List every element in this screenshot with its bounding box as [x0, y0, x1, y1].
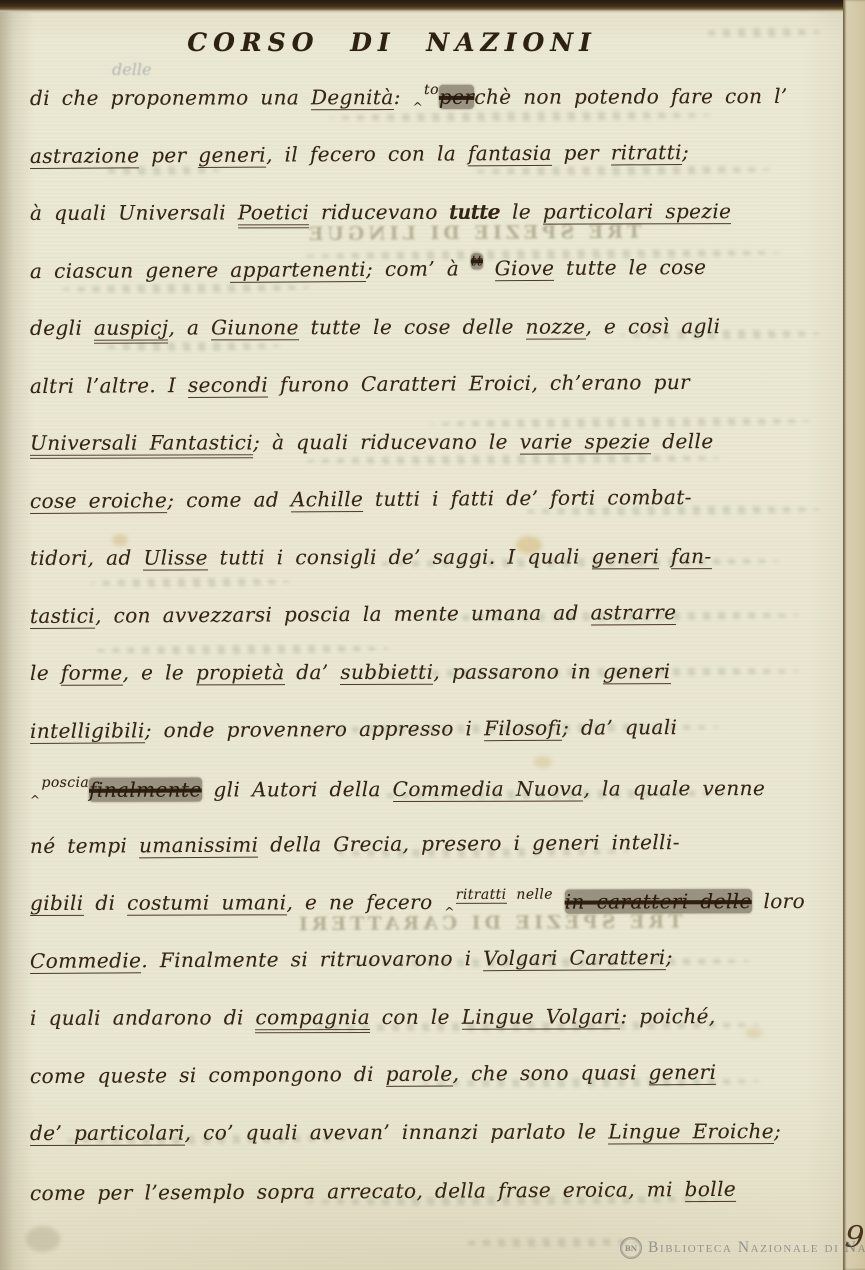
handwritten-text: astrarre [591, 600, 677, 626]
manuscript-line: à quali Universali Poetici riducevano tu… [30, 198, 731, 226]
handwritten-text [659, 544, 671, 568]
handwritten-text: tutti i consigli de’ saggi. I quali [208, 544, 592, 569]
handwritten-text: ; [774, 1119, 781, 1143]
handwritten-text: generi [603, 659, 671, 684]
handwritten-text: Degnità [311, 85, 394, 110]
page-edge-right [843, 0, 865, 1270]
manuscript-line: de’ particolari, co’ quali avevan’ innan… [30, 1118, 781, 1146]
handwritten-text: , passarono in [433, 659, 602, 683]
manuscript-line: a ciascun genere appartenenti; com’ à tt… [30, 254, 707, 287]
handwritten-text: ; [682, 140, 689, 164]
handwritten-text: , e così agli [585, 314, 720, 338]
handwritten-text: ; com’ à [366, 256, 471, 281]
handwritten-text: con le [370, 1005, 462, 1029]
handwritten-text: , co’ quali avevan’ innanzi parlato le [185, 1119, 609, 1144]
handwritten-text: : poiché, [620, 1004, 715, 1028]
handwritten-text: Lingue Volgari [462, 1004, 621, 1029]
manuscript-line: gibili di costumi umani, e ne fecero ^ri… [30, 888, 805, 919]
library-logo-icon: BN [620, 1237, 642, 1259]
handwritten-text: tutte le cose delle [299, 315, 526, 340]
library-watermark-label: Biblioteca Nazionale di Napoli [648, 1239, 865, 1257]
crossed-out-word: tt [471, 253, 483, 269]
handwritten-text: tutti i fatti de’ forti combat- [363, 485, 692, 511]
handwritten-text: tidori, ad [30, 546, 143, 570]
manuscript-line: degli auspicj, a Giunone tutte le cose d… [30, 313, 720, 341]
manuscript-line: Commedie. Finalmente si ritruovarono i V… [30, 944, 673, 974]
manuscript-line: né tempi umanissimi della Grecia, preser… [30, 829, 680, 859]
handwritten-text: , la quale venne [583, 776, 765, 800]
handwritten-text: generi [591, 544, 659, 569]
handwritten-text: Achille [291, 487, 364, 512]
handwritten-text: per [552, 140, 611, 164]
crossed-out-word: in caratteri delle [565, 889, 752, 913]
handwritten-text: tutte le cose [554, 255, 706, 280]
library-watermark: BN Biblioteca Nazionale di Napoli [620, 1237, 865, 1259]
insertion-caret: ^ [444, 905, 455, 919]
manuscript-line: tidori, ad Ulisse tutti i consigli de’ s… [30, 543, 712, 571]
handwritten-text: ; da’ quali [562, 715, 677, 740]
manuscript-line: di che proponemmo una Degnità: ^toperchè… [30, 83, 788, 114]
handwritten-text: intelligibili [30, 718, 145, 744]
library-logo-letters: BN [625, 1244, 637, 1253]
handwriting-layer: di che proponemmo una Degnità: ^toperchè… [0, 0, 865, 1270]
handwritten-text: della Grecia, presero i generi intelli- [258, 830, 680, 857]
manuscript-line: ^posciafinalmente gli Autori della Comme… [30, 775, 765, 806]
insertion-caret: ^ [30, 793, 41, 807]
handwritten-text: furono Caratteri Eroici, ch’erano pur [268, 370, 690, 397]
handwritten-text: tastici [30, 604, 95, 629]
handwritten-text: costumi umani [127, 890, 286, 915]
handwritten-text: le [500, 200, 543, 224]
handwritten-text: di [84, 891, 128, 915]
handwritten-text: delle [650, 429, 713, 453]
handwritten-text: astrazione [30, 143, 140, 169]
handwritten-text: nozze [526, 314, 586, 339]
manuscript-line: i quali andarono di compagnia con le Lin… [30, 1003, 716, 1031]
handwritten-text: propietà [196, 660, 285, 685]
handwritten-text: chè non potendo fare con l’ [474, 84, 787, 109]
handwritten-text: : [394, 85, 413, 109]
handwritten-text: , a [168, 315, 211, 339]
inserted-word: poscia [41, 775, 89, 791]
handwritten-text: gibili [30, 891, 84, 916]
handwritten-text: Universali Fantastici [30, 430, 253, 459]
handwritten-text: particolari spezie [543, 199, 732, 224]
handwritten-text: , che sono quasi [453, 1060, 649, 1085]
handwritten-text: Giove [495, 256, 555, 281]
handwritten-text: varie spezie [520, 429, 651, 454]
insertion-caret: ^ [413, 100, 424, 114]
handwritten-text [483, 256, 495, 280]
inserted-word: to [424, 82, 439, 98]
manuscript-line: cose eroiche; come ad Achille tutti i fa… [30, 484, 692, 514]
handwritten-text: generi [649, 1060, 717, 1085]
handwritten-text: à quali Universali [30, 200, 238, 225]
handwritten-text: ; à quali riducevano le [253, 430, 520, 455]
handwritten-text: come per l’esemplo sopra arrecato, della… [30, 1177, 685, 1205]
handwritten-text: Volgari Caratteri [483, 945, 666, 971]
handwritten-text: ; [666, 945, 673, 969]
handwritten-text: Poetici [238, 200, 309, 228]
handwritten-text: forme [61, 661, 123, 686]
handwritten-text: ; come ad [167, 487, 291, 512]
manuscript-line: altri l’altre. I secondi furono Caratter… [30, 369, 690, 399]
handwritten-text: Ulisse [143, 545, 207, 570]
handwritten-text: compagnia [255, 1005, 370, 1033]
handwritten-text: de’ particolari [30, 1121, 185, 1146]
handwritten-text: per [139, 143, 198, 167]
handwritten-text: come queste si compongono di [30, 1062, 386, 1088]
handwritten-text: altri l’altre. I [30, 373, 188, 398]
handwritten-text: cose eroiche [30, 488, 167, 514]
manuscript-line: come queste si compongono di parole, che… [30, 1059, 716, 1089]
manuscript-page: TRE SPEZIE DI LINGUE TRE SPEZIE DI CARAT… [0, 0, 865, 1270]
handwritten-text: Lingue Eroiche [608, 1119, 774, 1144]
handwritten-text: , e le [123, 660, 196, 684]
manuscript-line: come per l’esemplo sopra arrecato, della… [30, 1176, 736, 1206]
handwritten-text [553, 890, 565, 914]
handwritten-text: Commedie [30, 948, 142, 974]
handwritten-text: , con avvezzarsi poscia la mente umana a… [95, 601, 591, 628]
crossed-out-word: per [439, 85, 474, 109]
handwritten-text: riducevano [309, 200, 449, 224]
handwritten-text: generi [198, 143, 266, 168]
manuscript-line: astrazione per generi, il fecero con la … [30, 139, 689, 169]
handwritten-text: Giunone [211, 315, 299, 340]
handwritten-text: fantasia [468, 141, 552, 167]
handwritten-text: fan- [671, 544, 712, 569]
handwritten-text: appartenenti [230, 257, 366, 283]
manuscript-line: Universali Fantastici; à quali riducevan… [30, 428, 714, 456]
handwritten-text: di che proponemmo una [30, 85, 311, 110]
handwritten-text: , e ne fecero [286, 890, 444, 914]
handwritten-text: né tempi [30, 833, 139, 858]
handwritten-text: le [30, 661, 61, 685]
inserted-word: nelle [507, 887, 553, 903]
crossed-out-word: finalmente [89, 778, 202, 802]
handwritten-text: degli [30, 316, 94, 340]
inserted-word: ritratti [456, 887, 507, 904]
handwritten-text: tutte [449, 200, 500, 224]
handwritten-text: ; onde provennero appresso i [145, 716, 484, 742]
handwritten-text: auspicj [94, 316, 169, 344]
handwritten-text: ritratti [611, 140, 682, 165]
handwritten-text: da’ [285, 660, 341, 684]
handwritten-text: i quali andarono di [30, 1005, 256, 1030]
handwritten-text: umanissimi [139, 833, 258, 859]
handwritten-text: bolle [685, 1177, 737, 1202]
handwritten-text: secondi [188, 373, 268, 398]
manuscript-line: intelligibili; onde provennero appresso … [30, 714, 678, 744]
handwritten-text: Filosofi [484, 716, 562, 741]
handwritten-text: a ciascun genere [30, 258, 230, 283]
handwritten-text: . Finalmente si ritruovarono i [141, 946, 483, 972]
handwritten-text: Commedia Nuova [393, 777, 584, 802]
handwritten-text: subbietti [340, 660, 433, 685]
handwritten-text: loro [752, 889, 805, 913]
handwritten-text: gli Autori della [202, 777, 393, 801]
manuscript-line: le forme, e le propietà da’ subbietti, p… [30, 658, 671, 686]
manuscript-line: tastici, con avvezzarsi poscia la mente … [30, 599, 677, 629]
handwritten-text: parole [386, 1062, 453, 1087]
handwritten-text: , il fecero con la [266, 141, 468, 166]
